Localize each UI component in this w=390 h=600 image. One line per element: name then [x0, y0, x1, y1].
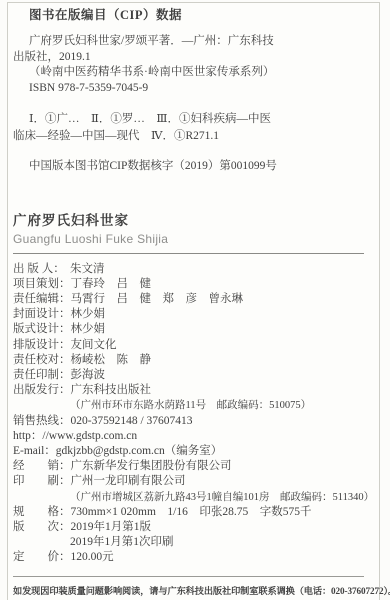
- publication-info-list: 出 版 人：朱文清 项目策划：丁春玲 吕 健 责任编辑：马霄行 吕 健 郑 彦 …: [13, 262, 376, 566]
- pub-label: http：: [13, 430, 42, 442]
- pub-value: 730mm×1 020mm 1/16 印张28.75 字数575千: [71, 506, 312, 518]
- cip-line: 出版社，2019.1: [13, 50, 376, 66]
- cip-heading: 图书在版编目（CIP）数据: [13, 7, 376, 23]
- pub-value: 林少娟: [71, 308, 106, 320]
- title-block: 广府罗氏妇科世家 Guangfu Luoshi Fuke Shijia: [13, 212, 376, 254]
- pub-value: 马霄行 吕 健 郑 彦 曾永琳: [71, 293, 244, 305]
- pub-value: //www.gdstp.com.cn: [42, 430, 137, 442]
- pub-row-edition: 版 次：2019年1月第1版: [13, 520, 376, 535]
- pub-label: 经 销：: [13, 459, 71, 474]
- pub-value: gdkjzbb@gdstp.com.cn（编务室）: [56, 445, 222, 457]
- page-content: 图书在版编目（CIP）数据 广府罗氏妇科世家/罗颂平著．—广州：广东科技 出版社…: [13, 7, 376, 598]
- cip-series-line: （岭南中医药精华书系·岭南中医世家传承系列）: [13, 65, 376, 81]
- pub-label: 版 次：: [13, 520, 71, 535]
- book-title-pinyin: Guangfu Luoshi Fuke Shijia: [13, 231, 376, 247]
- pub-label: 定 价：: [13, 550, 71, 565]
- cip-classification: Ⅰ．①广… Ⅱ．①罗… Ⅲ．①妇科疾病—中医 临床—经验—中国—现代 Ⅳ．①R2…: [13, 111, 376, 144]
- pub-row-website: http：//www.gdstp.com.cn: [13, 429, 376, 444]
- pub-value: 丁春玲 吕 健: [71, 278, 152, 290]
- pub-row-sales-hotline: 销售热线：020-37592148 / 37607413: [13, 414, 376, 429]
- pub-label: 排版设计：: [13, 338, 71, 353]
- cip-record-number: 中国版本图书馆CIP数据核字（2019）第001099号: [13, 159, 376, 175]
- pub-row-print-supervisor: 责任印制：彭海波: [13, 368, 376, 383]
- pub-row-layout-design: 版式设计：林少娟: [13, 322, 376, 337]
- printer-address: （广州市增城区荔新九路43号1幢自编101房 邮政编码：511340）: [13, 490, 376, 505]
- pub-value: 广东新华发行集团股份有限公司: [71, 460, 232, 472]
- pub-row-typesetting: 排版设计：友间文化: [13, 338, 376, 353]
- pub-row-publisher: 出版发行：广东科技出版社: [13, 383, 376, 398]
- pub-row-editors: 责任编辑：马霄行 吕 健 郑 彦 曾永琳: [13, 292, 376, 307]
- pub-label: 销售热线：: [13, 414, 71, 429]
- isbn-line: ISBN 978-7-5359-7045-9: [13, 81, 376, 97]
- pub-value: 彭海波: [71, 369, 106, 381]
- pub-value: 杨崚松 陈 静: [71, 354, 152, 366]
- pub-row-proofreaders: 责任校对：杨崚松 陈 静: [13, 353, 376, 368]
- footer-divider: [13, 576, 364, 577]
- classification-line: 临床—经验—中国—现代 Ⅳ．①R271.1: [13, 128, 376, 145]
- pub-row-project-planning: 项目策划：丁春玲 吕 健: [13, 277, 376, 292]
- pub-value: 朱文清: [70, 263, 105, 275]
- pub-row-printer: 印 刷：广州一龙印刷有限公司: [13, 474, 376, 489]
- cip-description: 广府罗氏妇科世家/罗颂平著．—广州：广东科技 出版社，2019.1 （岭南中医药…: [13, 34, 376, 96]
- pub-value: 020-37592148 / 37607413: [71, 415, 193, 427]
- pub-row-distributor: 经 销：广东新华发行集团股份有限公司: [13, 459, 376, 474]
- pub-row-price: 定 价：120.00元: [13, 550, 376, 565]
- pub-label: 出版发行：: [13, 383, 71, 398]
- pub-label: 责任校对：: [13, 353, 71, 368]
- pub-value: 广州一龙印刷有限公司: [71, 475, 186, 487]
- pub-value: 广东科技出版社: [71, 384, 152, 396]
- pub-label: 责任编辑：: [13, 292, 71, 307]
- pub-label: 印 刷：: [13, 474, 71, 489]
- pub-row-cover-design: 封面设计：林少娟: [13, 307, 376, 322]
- pub-row-email: E-mail：gdkjzbb@gdstp.com.cn（编务室）: [13, 444, 376, 459]
- pub-row-publisher-person: 出 版 人：朱文清: [13, 262, 376, 277]
- pub-value: 林少娟: [71, 323, 106, 335]
- printing-run: 2019年1月第1次印刷: [13, 535, 376, 550]
- copyright-page: 图书在版编目（CIP）数据 广府罗氏妇科世家/罗颂平著．—广州：广东科技 出版社…: [0, 0, 390, 600]
- pub-label: 项目策划：: [13, 277, 71, 292]
- pub-label: 责任印制：: [13, 368, 71, 383]
- quality-notice: 如发现因印装质量问题影响阅读，请与广东科技出版社印制室联系调换（电话：020-3…: [13, 585, 376, 598]
- title-divider: [13, 253, 364, 254]
- classification-line: Ⅰ．①广… Ⅱ．①罗… Ⅲ．①妇科疾病—中医: [13, 111, 376, 128]
- pub-value: 2019年1月第1版: [71, 521, 152, 533]
- pub-label: 规 格：: [13, 505, 71, 520]
- pub-label: 版式设计：: [13, 322, 71, 337]
- pub-label: 出 版 人：: [13, 262, 70, 277]
- pub-label: E-mail：: [13, 445, 56, 457]
- pub-row-format: 规 格：730mm×1 020mm 1/16 印张28.75 字数575千: [13, 505, 376, 520]
- pub-value: 友间文化: [71, 339, 117, 351]
- cip-line: 广府罗氏妇科世家/罗颂平著．—广州：广东科技: [13, 34, 376, 50]
- book-title: 广府罗氏妇科世家: [13, 212, 376, 229]
- pub-value: 120.00元: [71, 551, 114, 563]
- publisher-address: （广州市环市东路水荫路11号 邮政编码：510075）: [13, 398, 376, 413]
- pub-label: 封面设计：: [13, 307, 71, 322]
